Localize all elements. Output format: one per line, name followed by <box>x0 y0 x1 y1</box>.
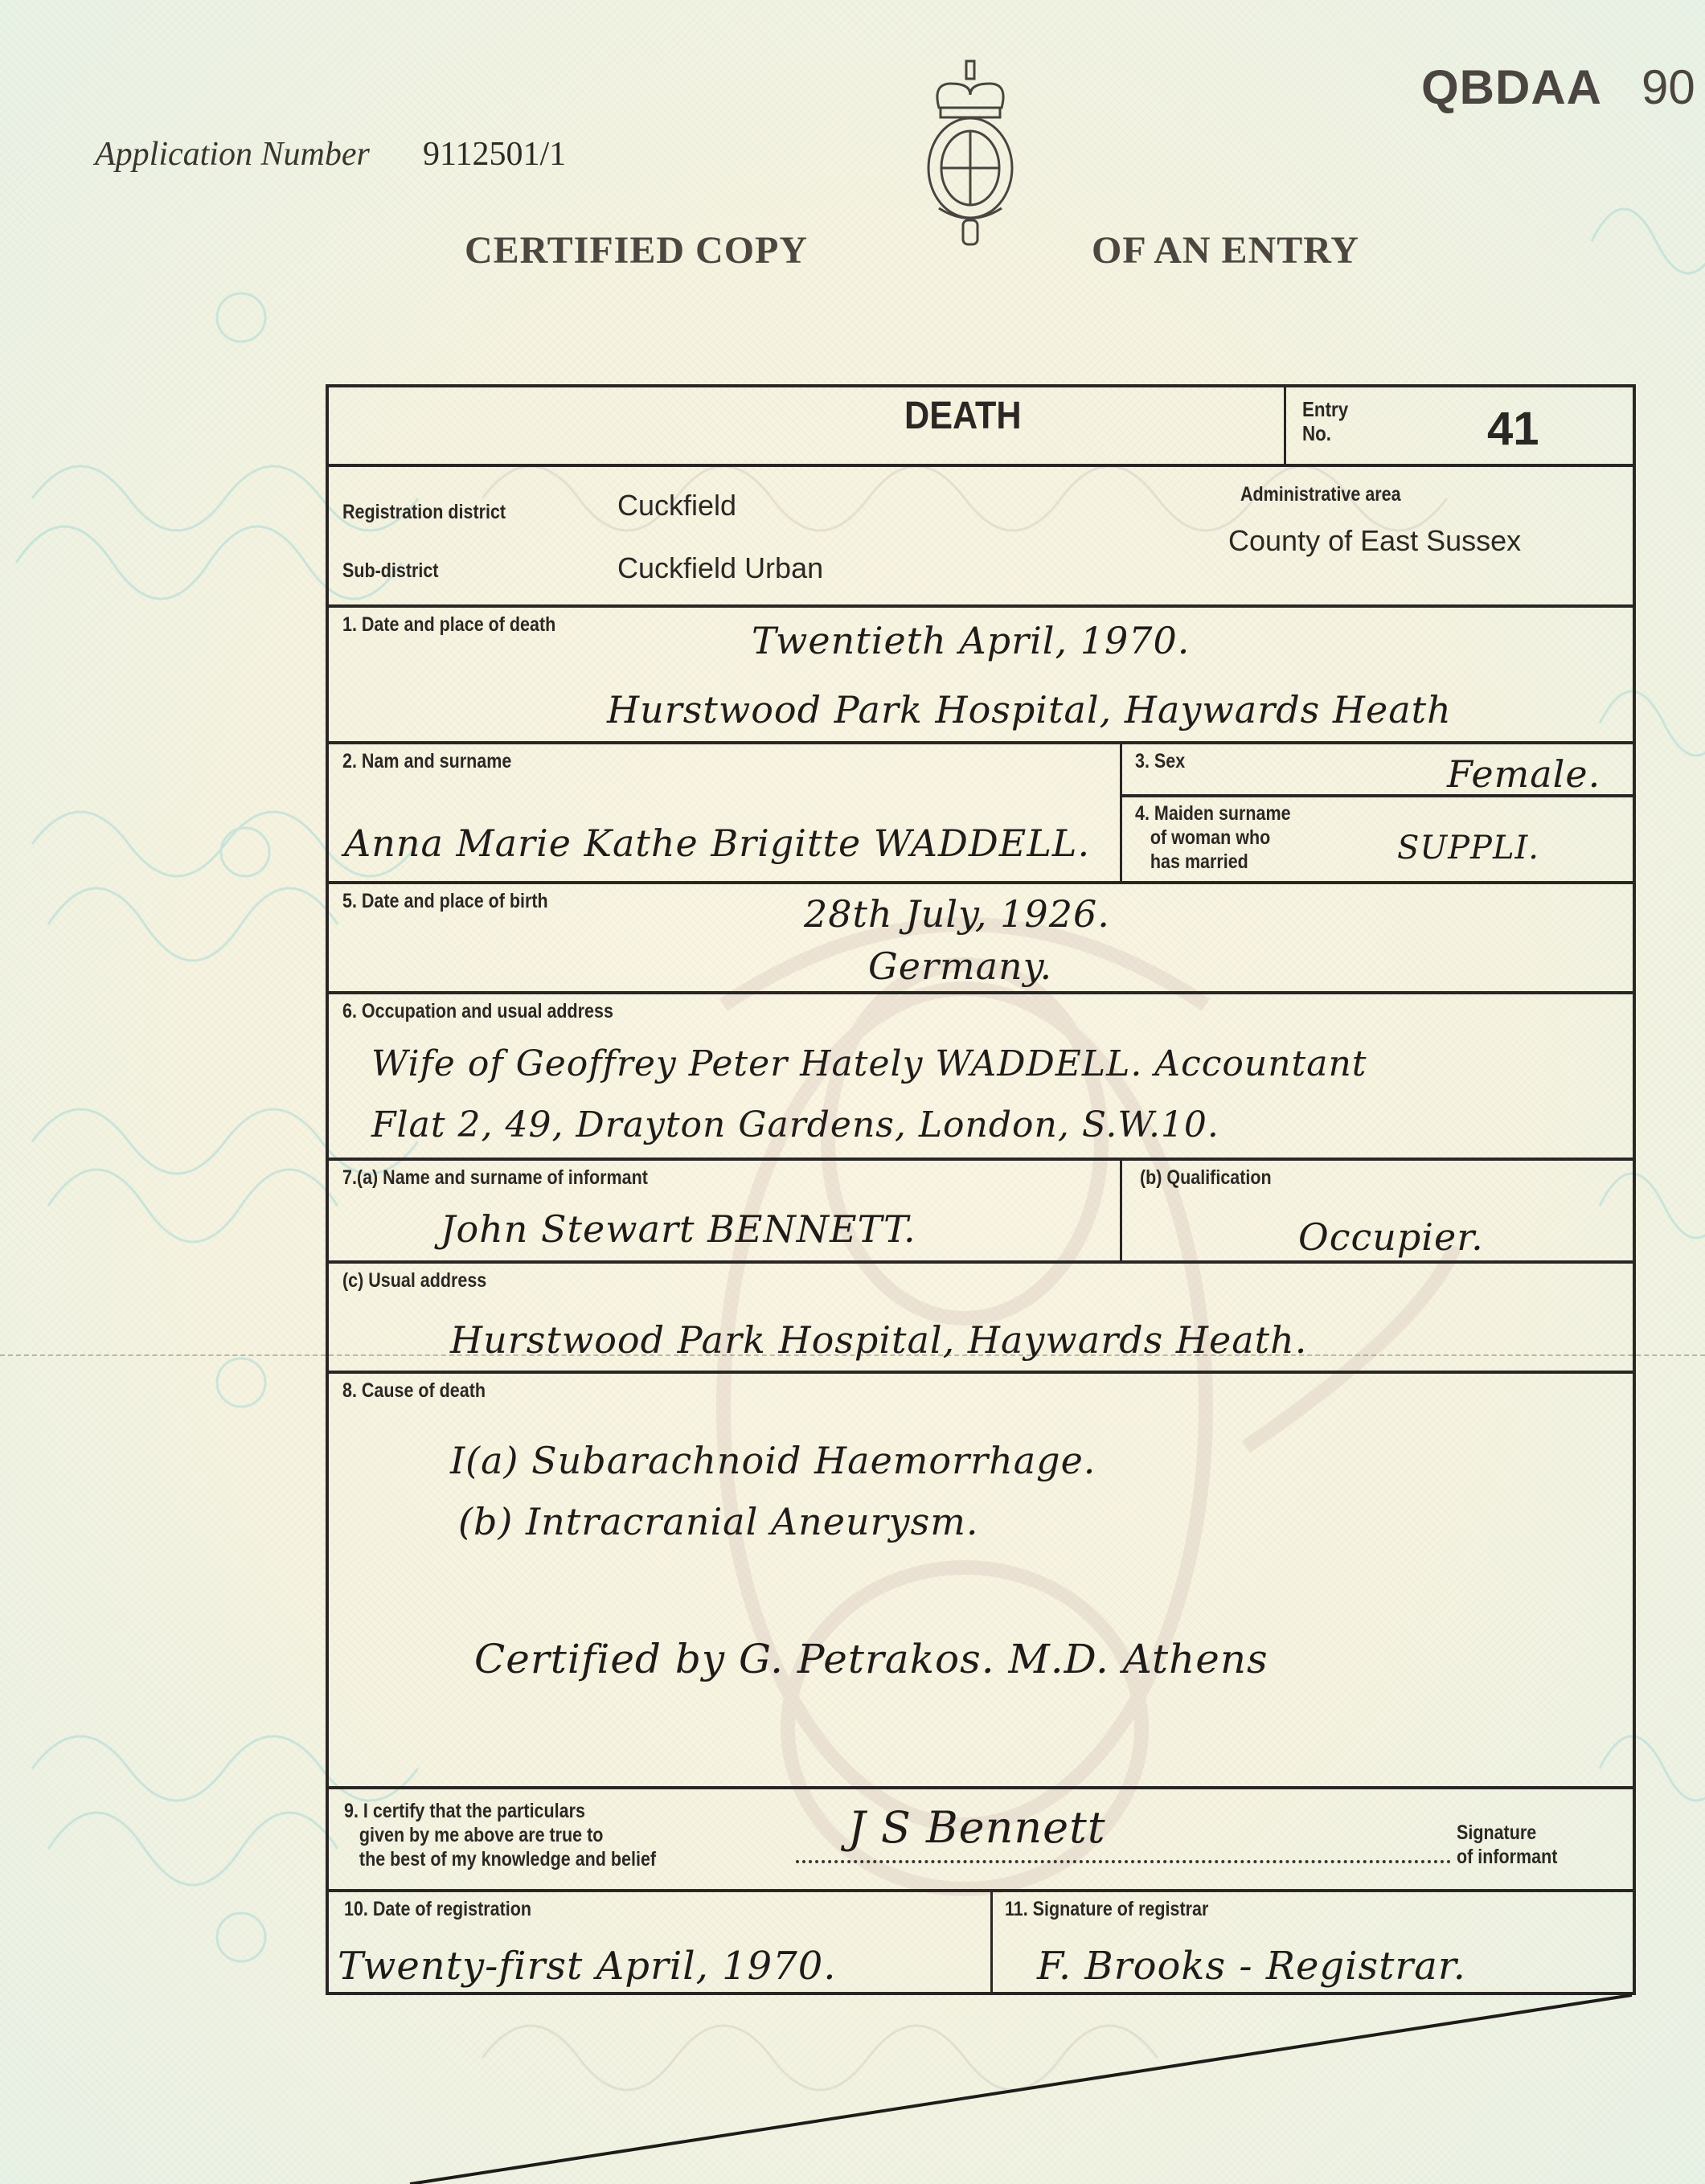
item7a-label: 7.(a) Name and surname of informant <box>342 1166 648 1190</box>
registrar-signature: F. Brooks - Registrar. <box>1037 1944 1466 1989</box>
item5-label: 5. Date and place of birth <box>342 889 548 913</box>
rule-after-item9 <box>326 1889 1636 1892</box>
application-number: 9112501/1 <box>423 135 566 174</box>
registration-district-value: Cuckfield <box>617 489 736 522</box>
item11-label: 11. Signature of registrar <box>1005 1897 1208 1921</box>
sex-value: Female. <box>1447 752 1600 796</box>
item9-label-line1: 9. I certify that the particulars <box>344 1799 656 1823</box>
item7c-label: (c) Usual address <box>342 1268 486 1293</box>
rule-after-item7a <box>326 1260 1636 1264</box>
informant-name: John Stewart BENNETT. <box>441 1207 916 1251</box>
usual-address: Flat 2, 49, Drayton Gardens, London, S.W… <box>371 1104 1219 1145</box>
certificate-serial-number: 90 <box>1641 59 1695 115</box>
royal-crest-icon <box>923 59 1018 252</box>
sub-district-label: Sub-district <box>342 559 438 583</box>
rule-after-item2 <box>326 881 1636 884</box>
administrative-area-value: County of East Sussex <box>1228 524 1521 558</box>
informant-signature: J S Bennett <box>848 1802 1106 1853</box>
maiden-surname: SUPPLI. <box>1397 830 1539 867</box>
item1-label: 1. Date and place of death <box>342 613 555 637</box>
deceased-name: Anna Marie Kathe Brigitte WADDELL. <box>344 822 1090 865</box>
sig-label-line2: of informant <box>1457 1845 1557 1869</box>
item9-label-line3: the best of my knowledge and belief <box>344 1847 656 1871</box>
date-of-death: Twentieth April, 1970. <box>752 619 1190 662</box>
item2-label: 2. Nam and surname <box>342 749 511 773</box>
rule-after-item6 <box>326 1158 1636 1161</box>
informant-qualification: Occupier. <box>1298 1215 1484 1259</box>
informant-address: Hurstwood Park Hospital, Haywards Heath. <box>450 1318 1307 1362</box>
certificate-serial-prefix: QBDAA <box>1421 59 1602 115</box>
entry-number: 41 <box>1487 402 1539 456</box>
occupation: Wife of Geoffrey Peter Hately WADDELL. A… <box>371 1043 1367 1084</box>
item4-label: 4. Maiden surname of woman who has marri… <box>1135 801 1291 874</box>
entry-number-label: Entry No. <box>1302 398 1348 446</box>
qualification-column-divider <box>1120 1158 1122 1260</box>
item6-label: 6. Occupation and usual address <box>342 999 613 1023</box>
item4-label-line1: 4. Maiden surname <box>1135 801 1291 826</box>
registration-district-label: Registration district <box>342 500 506 524</box>
signature-of-informant-label: Signature of informant <box>1457 1821 1557 1869</box>
item9-label: 9. I certify that the particulars given … <box>344 1799 656 1871</box>
item7b-label: (b) Qualification <box>1140 1166 1272 1190</box>
sig-label-line1: Signature <box>1457 1821 1557 1845</box>
entry-label-line1: Entry <box>1302 398 1348 422</box>
registrar-column-divider <box>990 1889 993 1995</box>
certified-by: Certified by G. Petrakos. M.D. Athens <box>474 1636 1269 1682</box>
application-number-label: Application Number <box>95 135 370 174</box>
rule-after-district <box>326 604 1636 608</box>
item3-label: 3. Sex <box>1135 749 1185 773</box>
item4-label-line2: of woman who <box>1135 826 1291 850</box>
item9-label-line2: given by me above are true to <box>344 1823 656 1847</box>
entry-label-line2: No. <box>1302 422 1348 446</box>
cause-of-death-1a: I(a) Subarachnoid Haemorrhage. <box>450 1439 1096 1482</box>
rule-after-title <box>326 464 1636 467</box>
informant-signature-line <box>796 1860 1451 1863</box>
place-of-birth: Germany. <box>868 944 1052 988</box>
administrative-area-label: Administrative area <box>1240 482 1401 506</box>
entry-divider <box>1284 384 1286 464</box>
cause-of-death-1b: (b) Intracranial Aneurysm. <box>458 1500 978 1543</box>
rule-after-item5 <box>326 991 1636 994</box>
date-of-birth: 28th July, 1926. <box>804 892 1110 936</box>
item10-label: 10. Date of registration <box>344 1897 531 1921</box>
date-of-registration: Twenty-first April, 1970. <box>338 1944 837 1989</box>
item8-label: 8. Cause of death <box>342 1379 486 1403</box>
rule-after-item8 <box>326 1786 1636 1789</box>
item4-label-line3: has married <box>1135 850 1291 874</box>
place-of-death: Hurstwood Park Hospital, Haywards Heath <box>607 688 1452 731</box>
rule-after-item1 <box>326 741 1636 744</box>
sex-column-divider <box>1120 741 1122 881</box>
sub-district-value: Cuckfield Urban <box>617 551 823 585</box>
form-title: DEATH <box>904 394 1022 438</box>
of-an-entry-title: OF AN ENTRY <box>1092 228 1359 272</box>
rule-after-item7c <box>326 1371 1636 1374</box>
certified-copy-title: CERTIFIED COPY <box>465 228 808 272</box>
